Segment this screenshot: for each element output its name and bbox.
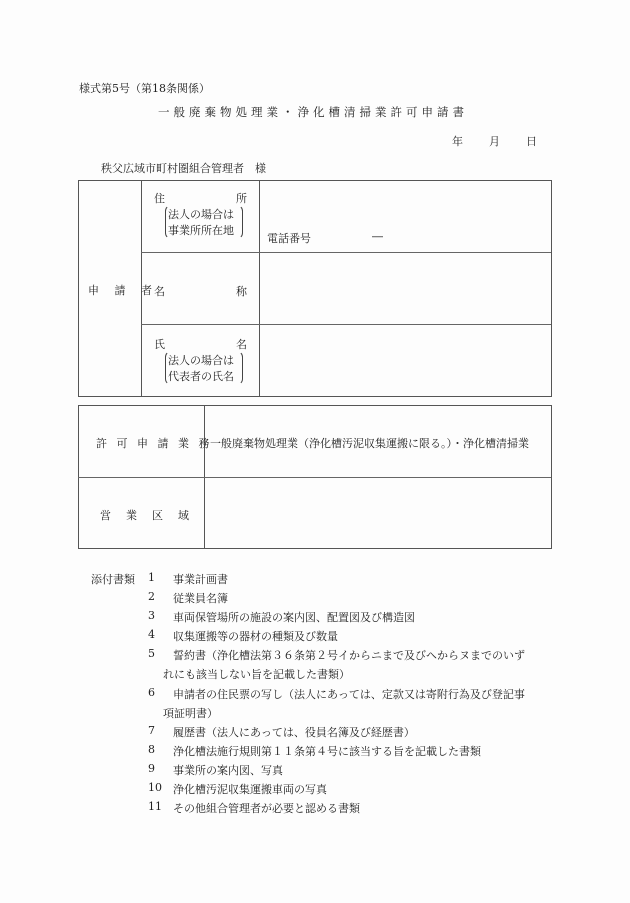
- service-area-field[interactable]: [207, 480, 548, 546]
- rep-note-line1: 法人の場合は: [168, 352, 234, 368]
- address-note-line1: 法人の場合は: [168, 206, 234, 222]
- item-text-continued: 項証明書）: [163, 705, 218, 721]
- rep-label-left: 氏: [154, 336, 165, 352]
- name-label-left: 名: [154, 283, 165, 299]
- item-text: 収集運搬等の器材の種類及び数量: [173, 628, 338, 644]
- attachments-label: 添付書類: [91, 571, 135, 587]
- company-name-field[interactable]: [262, 255, 548, 321]
- address-label-right: 所: [236, 190, 247, 206]
- item-text: 浄化槽汚泥収集運搬車両の写真: [173, 781, 327, 797]
- item-number: 5: [148, 647, 168, 660]
- document-title: 一般廃棄物処理業・浄化槽清掃業許可申請書: [158, 104, 468, 120]
- representative-name-field[interactable]: [262, 327, 548, 393]
- item-text: その他組合管理者が必要と認める書類: [173, 800, 360, 816]
- date-day: 日: [526, 133, 537, 149]
- item-number: 8: [148, 743, 168, 756]
- item-text: 車両保管場所の施設の案内図、配置図及び構造図: [173, 609, 415, 625]
- address-note-line2: 事業所所在地: [168, 222, 234, 238]
- item-text: 履歴書（法人にあっては、役員名簿及び経歴書）: [173, 724, 415, 740]
- name-label-right: 称: [236, 283, 247, 299]
- address-field[interactable]: [262, 183, 548, 227]
- item-number: 10: [148, 781, 168, 794]
- item-text: 従業員名簿: [173, 590, 228, 606]
- item-number: 1: [148, 571, 168, 584]
- item-number: 7: [148, 724, 168, 737]
- phone-label: 電話番号: [267, 230, 311, 246]
- item-text: 事業計画書: [173, 571, 228, 587]
- divider: [141, 252, 551, 253]
- phone-separator: ―: [372, 230, 383, 243]
- divider: [259, 180, 260, 397]
- date-year: 年: [452, 133, 463, 149]
- date-month: 月: [489, 133, 500, 149]
- item-text: 申請者の住民票の写し（法人にあっては、定款又は寄附行為及び登記事: [173, 686, 525, 702]
- applicant-group-label: 申 請 者: [88, 282, 158, 298]
- permit-business-value: 一般廃棄物処理業（浄化槽汚泥収集運搬に限る。）・浄化槽清掃業: [210, 435, 529, 451]
- address-label-left: 住: [154, 190, 165, 206]
- item-number: 6: [148, 686, 168, 699]
- item-text: 浄化槽法施行規則第１１条第４号に該当する旨を記載した書類: [173, 743, 481, 759]
- item-number: 2: [148, 590, 168, 603]
- divider: [78, 477, 551, 478]
- addressee: 秩父広域市町村圏組合管理者 様: [101, 160, 266, 176]
- item-text-continued: れにも該当しない旨を記載した書類）: [163, 666, 350, 682]
- item-number: 3: [148, 609, 168, 622]
- item-number: 11: [148, 800, 168, 813]
- form-number: 様式第5号（第18条関係）: [79, 80, 210, 96]
- divider: [141, 324, 551, 325]
- service-area-label: 営 業 区 域: [100, 507, 191, 523]
- item-text: 誓約書（浄化槽法第３６条第２号イからニまで及びヘからヌまでのいず: [173, 647, 525, 663]
- rep-note-line2: 代表者の氏名: [168, 368, 234, 384]
- item-text: 事業所の案内図、写真: [173, 762, 283, 778]
- permit-business-label: 許 可 申 請 業 務: [96, 435, 212, 451]
- item-number: 9: [148, 762, 168, 775]
- item-number: 4: [148, 628, 168, 641]
- rep-label-right: 名: [236, 336, 247, 352]
